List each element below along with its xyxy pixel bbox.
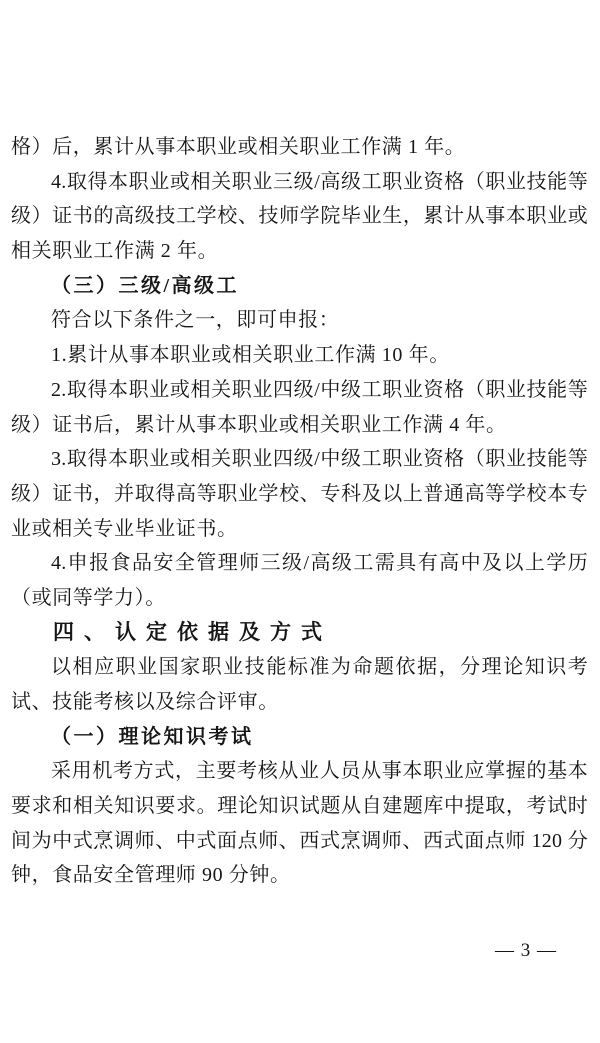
text-line: （一）理论知识考试 — [11, 720, 588, 755]
document-page: { "document": { "colors": { "background"… — [0, 0, 600, 1043]
text-line: 1.累计从事本职业或相关职业工作满 10 年。 — [11, 338, 588, 373]
text-line: 间为中式烹调师、中式面点师、西式烹调师、西式面点师 120 分 — [11, 824, 588, 859]
text-line: 格）后，累计从事本职业或相关职业工作满 1 年。 — [11, 130, 588, 165]
text-line: 四、认定依据及方式 — [11, 616, 588, 651]
text-line: 要求和相关知识要求。理论知识试题从自建题库中提取，考试时 — [11, 789, 588, 824]
text-line: 符合以下条件之一，即可申报： — [11, 303, 588, 338]
text-line: 级）证书后，累计从事本职业或相关职业工作满 4 年。 — [11, 408, 588, 443]
text-line: 3.取得本职业或相关职业四级/中级工职业资格（职业技能等 — [11, 442, 588, 477]
text-line: （三）三级/高级工 — [11, 269, 588, 304]
text-line: 相关职业工作满 2 年。 — [11, 234, 588, 269]
text-line: （或同等学力）。 — [11, 581, 588, 616]
text-line: 以相应职业国家职业技能标准为命题依据，分理论知识考 — [11, 650, 588, 685]
text-line: 4.取得本职业或相关职业三级/高级工职业资格（职业技能等 — [11, 165, 588, 200]
text-line: 4.申报食品安全管理师三级/高级工需具有高中及以上学历 — [11, 546, 588, 581]
text-line: 采用机考方式，主要考核从业人员从事本职业应掌握的基本 — [11, 754, 588, 789]
page-number: — 3 — — [495, 941, 557, 960]
text-line: 2.取得本职业或相关职业四级/中级工职业资格（职业技能等 — [11, 373, 588, 408]
text-line: 级）证书的高级技工学校、技师学院毕业生，累计从事本职业或 — [11, 199, 588, 234]
text-line: 试、技能考核以及综合评审。 — [11, 685, 588, 720]
text-line: 钟，食品安全管理师 90 分钟。 — [11, 858, 588, 893]
document-body: 格）后，累计从事本职业或相关职业工作满 1 年。4.取得本职业或相关职业三级/高… — [11, 130, 588, 893]
document-lines: 格）后，累计从事本职业或相关职业工作满 1 年。4.取得本职业或相关职业三级/高… — [11, 130, 588, 893]
text-line: 级）证书，并取得高等职业学校、专科及以上普通高等学校本专 — [11, 477, 588, 512]
text-line: 业或相关专业毕业证书。 — [11, 512, 588, 547]
